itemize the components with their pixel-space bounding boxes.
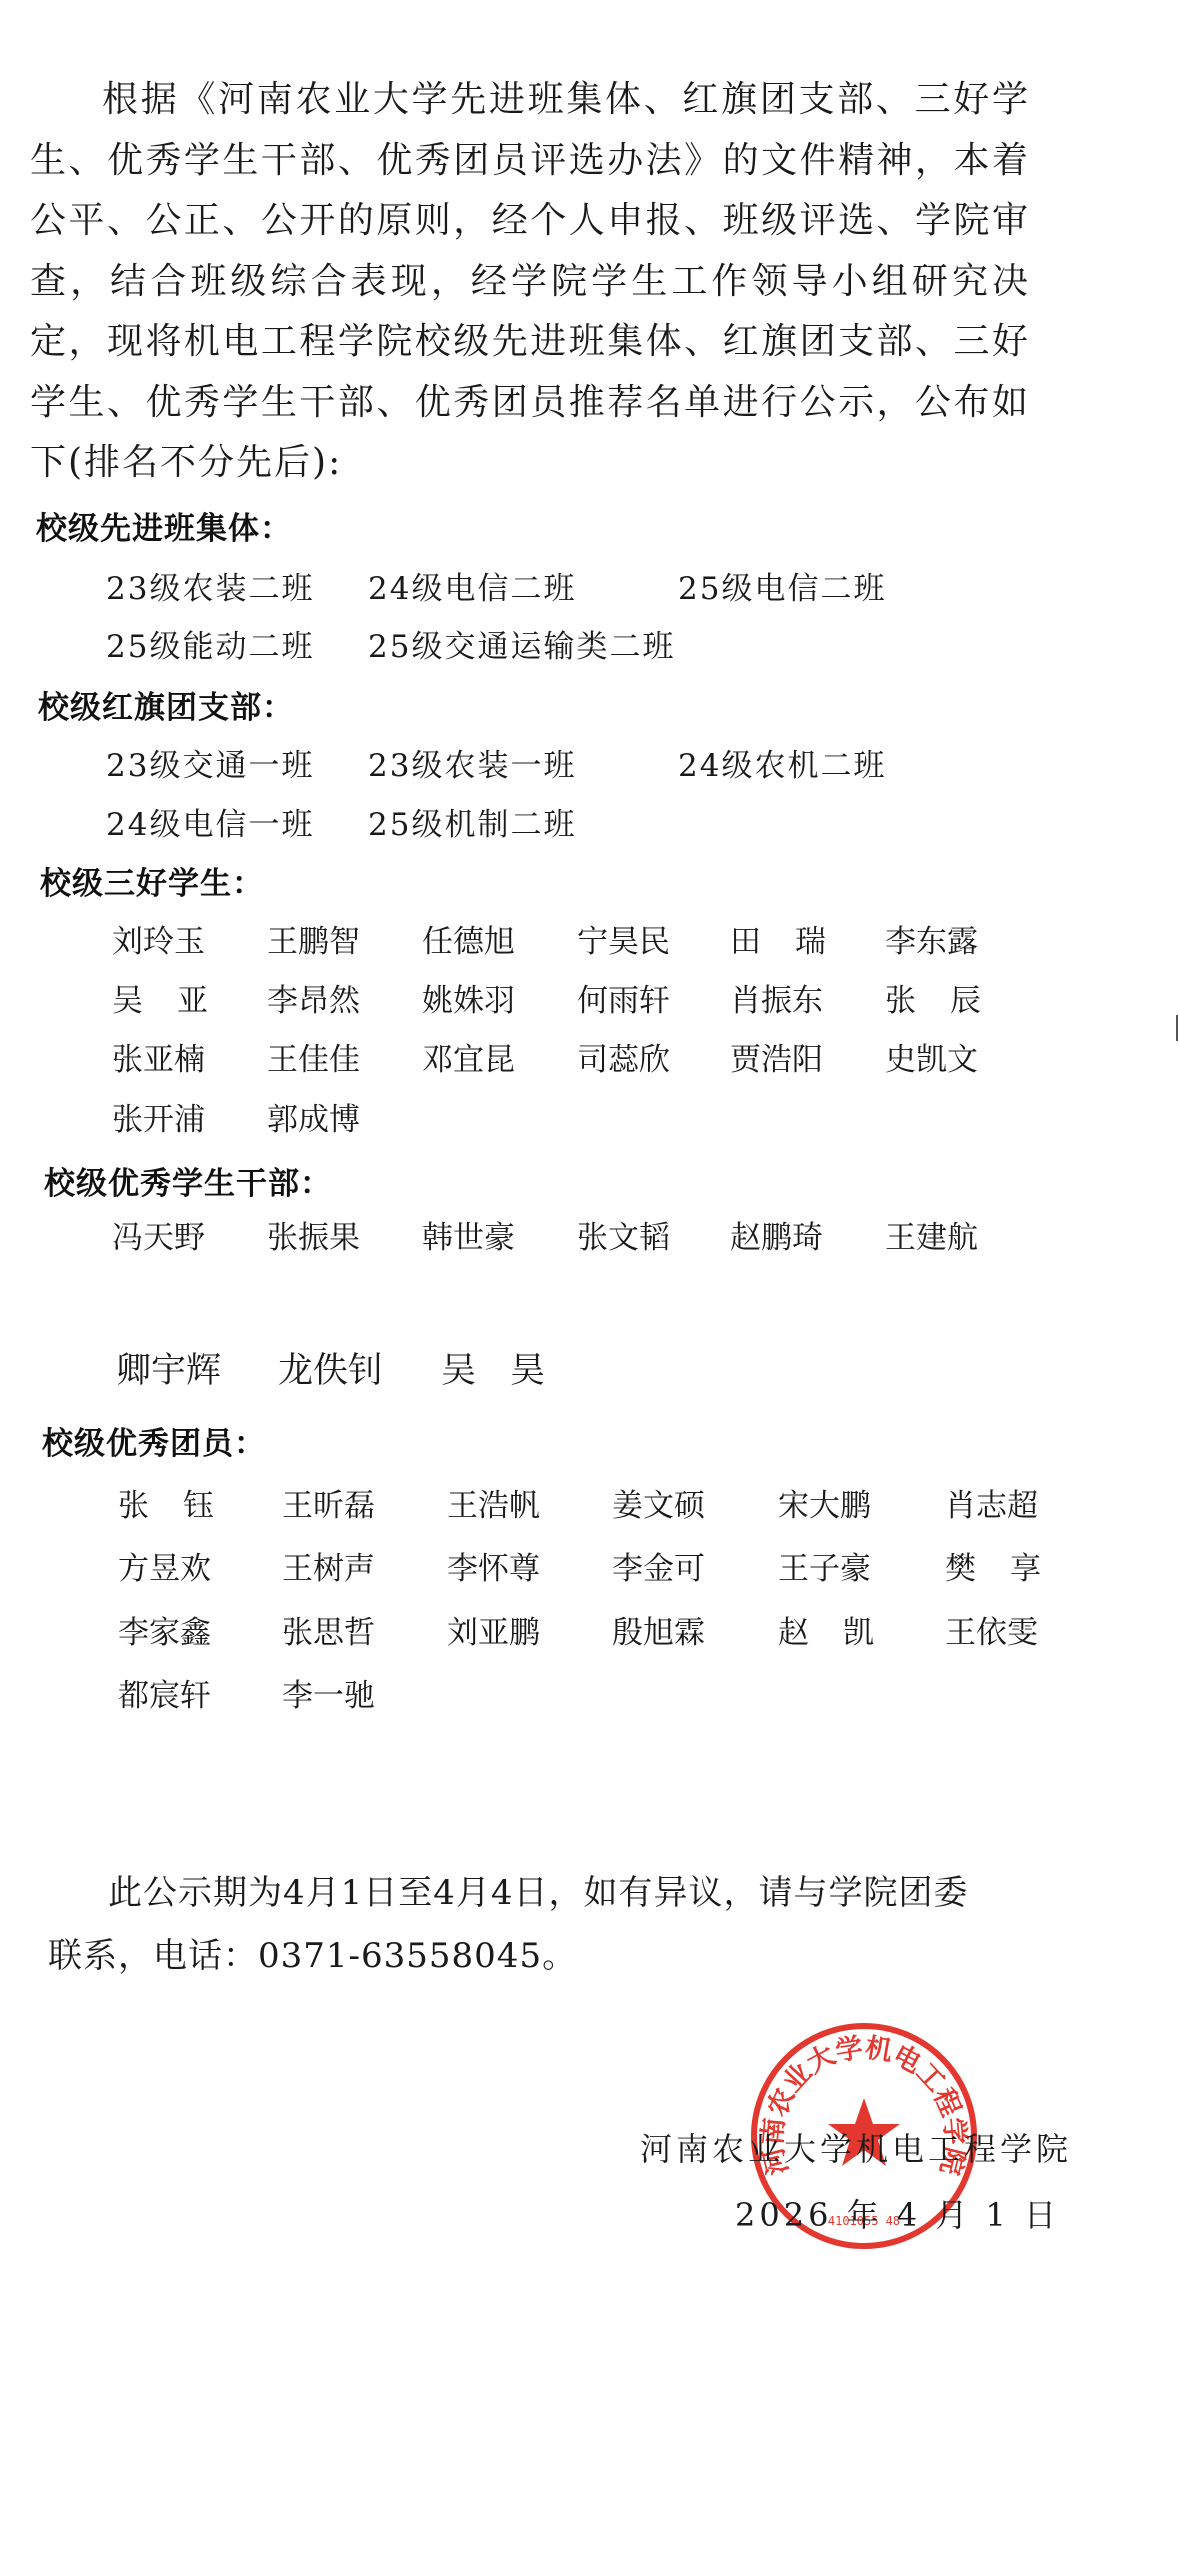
- student-name: 肖志超: [945, 1480, 1038, 1525]
- class-item: 25级机制二班: [368, 799, 576, 844]
- section-heading-advanced-class: 校级先进班集体：: [36, 503, 292, 548]
- name-row: 李家鑫 张思哲 刘亚鹏 殷旭霖 赵凯 王依雯: [0, 1607, 1179, 1651]
- name-row: 冯天野 张振果 韩世豪 张文韬 赵鹏琦 王建航: [0, 1212, 1179, 1256]
- student-name: 吴昊: [441, 1343, 579, 1393]
- name-row: 都宸轩 李一驰: [0, 1670, 1179, 1714]
- student-name: 王子豪: [778, 1543, 871, 1588]
- section-heading-outstanding-members: 校级优秀团员：: [42, 1418, 266, 1463]
- name-row: 张钰 王昕磊 王浩帆 姜文硕 宋大鹏 肖志超: [0, 1480, 1179, 1524]
- student-name: 姜文硕: [612, 1480, 705, 1525]
- class-item: 23级农装一班: [368, 740, 576, 785]
- name-row: 张亚楠 王佳佳 邓宜昆 司蕊欣 贾浩阳 史凯文: [0, 1034, 1179, 1078]
- student-name: 张振果: [267, 1212, 360, 1257]
- student-name: 赵鹏琦: [730, 1212, 823, 1257]
- student-name: 吴亚: [112, 975, 242, 1020]
- student-name: 王鹏智: [267, 916, 360, 961]
- student-name: 张思哲: [282, 1607, 375, 1652]
- closing-notice: 此公示期为4月1日至4月4日，如有异议，请与学院团委 联系，电话：0371-63…: [48, 1862, 1048, 1988]
- student-name: 刘亚鹏: [447, 1607, 540, 1652]
- student-name: 肖振东: [730, 975, 823, 1020]
- student-name: 张文韬: [577, 1212, 670, 1257]
- name-row: 张开浦 郭成博: [0, 1094, 1179, 1138]
- student-name: 王昕磊: [282, 1480, 375, 1525]
- class-row: 25级能动二班 25级交通运输类二班: [0, 621, 1179, 665]
- name-row: 刘玲玉 王鹏智 任德旭 宁昊民 田瑞 李东露: [0, 916, 1179, 960]
- student-name: 宋大鹏: [778, 1480, 871, 1525]
- name-row-extra: 卿宇辉 龙佚钊 吴昊: [0, 1343, 1179, 1387]
- student-name: 李怀尊: [447, 1543, 540, 1588]
- student-name: 何雨轩: [577, 975, 670, 1020]
- class-item: 24级农机二班: [678, 740, 886, 785]
- student-name: 韩世豪: [422, 1212, 515, 1257]
- student-name: 张亚楠: [112, 1034, 205, 1079]
- student-name: 龙佚钊: [278, 1343, 383, 1393]
- student-name: 郭成博: [267, 1094, 360, 1139]
- class-item: 25级电信二班: [678, 563, 886, 608]
- student-name: 方昱欢: [118, 1543, 211, 1588]
- intro-paragraph: 根据《河南农业大学先进班集体、红旗团支部、三好学生、优秀学生干部、优秀团员评选办…: [30, 70, 1030, 494]
- student-name: 田瑞: [730, 916, 860, 961]
- student-name: 张辰: [885, 975, 1015, 1020]
- student-name: 李一驰: [282, 1670, 375, 1715]
- student-name: 樊享: [945, 1543, 1075, 1588]
- class-item: 25级交通运输类二班: [368, 621, 675, 666]
- signature-date: 2026 年 4 月 1 日: [735, 2190, 1060, 2236]
- student-name: 李金可: [612, 1543, 705, 1588]
- student-name: 殷旭霖: [612, 1607, 705, 1652]
- student-name: 刘玲玉: [112, 916, 205, 961]
- student-name: 赵凯: [778, 1607, 908, 1652]
- closing-line-2: 联系，电话：0371-63558045。: [48, 1936, 577, 1976]
- class-row: 24级电信一班 25级机制二班: [0, 799, 1179, 843]
- student-name: 张开浦: [112, 1094, 205, 1139]
- student-name: 史凯文: [885, 1034, 978, 1079]
- student-name: 王建航: [885, 1212, 978, 1257]
- student-name: 李昂然: [267, 975, 360, 1020]
- student-name: 王浩帆: [447, 1480, 540, 1525]
- student-name: 李东露: [885, 916, 978, 961]
- signature-org: 河南农业大学机电工程学院: [640, 2124, 1072, 2170]
- student-name: 王佳佳: [267, 1034, 360, 1079]
- class-item: 23级交通一班: [106, 740, 314, 785]
- class-item: 24级电信二班: [368, 563, 576, 608]
- class-row: 23级交通一班 23级农装一班 24级农机二班: [0, 740, 1179, 784]
- student-name: 李家鑫: [118, 1607, 211, 1652]
- student-name: 王依雯: [945, 1607, 1038, 1652]
- section-heading-outstanding-cadres: 校级优秀学生干部：: [44, 1158, 332, 1203]
- class-row: 23级农装二班 24级电信二班 25级电信二班: [0, 563, 1179, 607]
- class-item: 24级电信一班: [106, 799, 314, 844]
- class-item: 25级能动二班: [106, 621, 314, 666]
- student-name: 任德旭: [422, 916, 515, 961]
- edge-mark: [1176, 1015, 1178, 1041]
- student-name: 冯天野: [112, 1212, 205, 1257]
- student-name: 姚姝羽: [422, 975, 515, 1020]
- name-row: 方昱欢 王树声 李怀尊 李金可 王子豪 樊享: [0, 1543, 1179, 1587]
- section-heading-red-flag-branch: 校级红旗团支部：: [38, 682, 294, 727]
- class-item: 23级农装二班: [106, 563, 314, 608]
- section-heading-three-good-students: 校级三好学生：: [40, 858, 264, 903]
- name-row: 吴亚 李昂然 姚姝羽 何雨轩 肖振东 张辰: [0, 975, 1179, 1019]
- student-name: 都宸轩: [118, 1670, 211, 1715]
- student-name: 张钰: [118, 1480, 248, 1525]
- closing-line-1: 此公示期为4月1日至4月4日，如有异议，请与学院团委: [48, 1862, 1048, 1925]
- student-name: 贾浩阳: [730, 1034, 823, 1079]
- student-name: 宁昊民: [577, 916, 670, 961]
- student-name: 王树声: [282, 1543, 375, 1588]
- student-name: 卿宇辉: [116, 1343, 221, 1393]
- student-name: 邓宜昆: [422, 1034, 515, 1079]
- student-name: 司蕊欣: [577, 1034, 670, 1079]
